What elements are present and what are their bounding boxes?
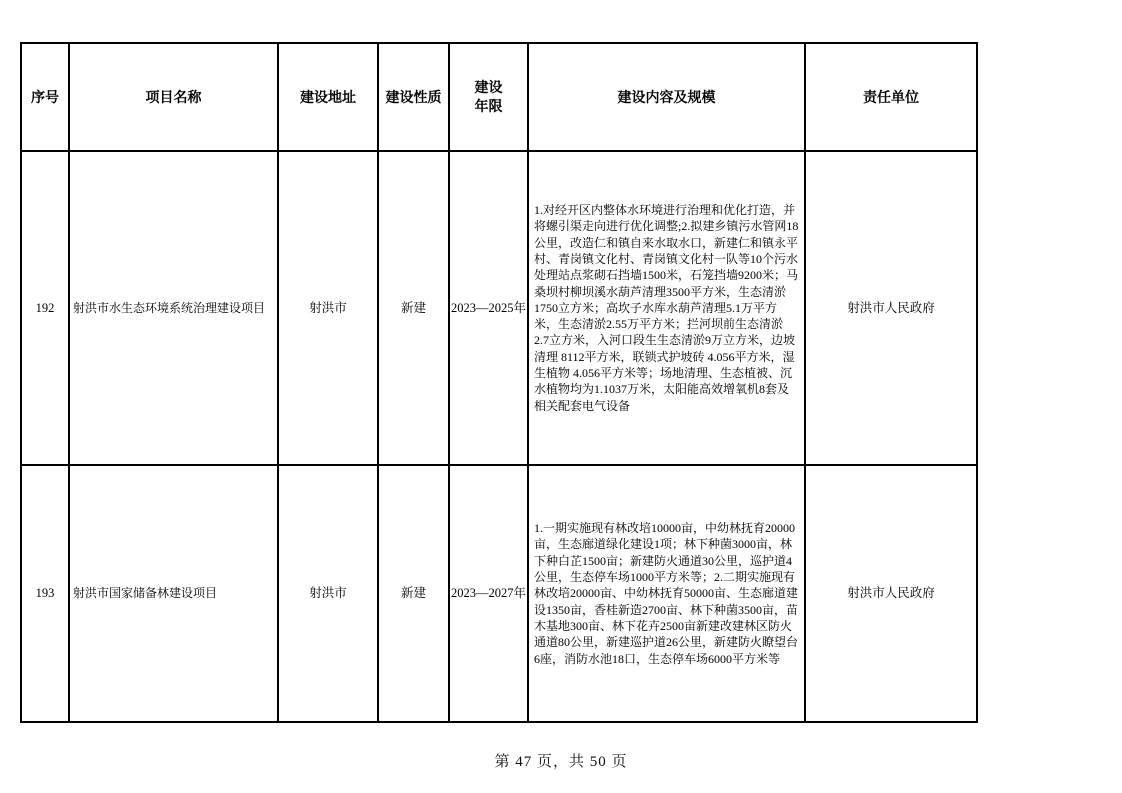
cell-project-name: 射洪市水生态环境系统治理建设项目 [69,151,278,465]
page-number-footer: 第 47 页，共 50 页 [0,750,1122,771]
col-header-serial-number: 序号 [21,43,69,151]
cell-construction-content: 1.一期实施现有林改培10000亩，中幼林抚育20000亩，生态廊道绿化建设1项… [528,465,805,722]
cell-construction-nature: 新建 [378,151,449,465]
col-header-project-name: 项目名称 [69,43,278,151]
col-header-construction-content: 建设内容及规模 [528,43,805,151]
col-header-construction-address: 建设地址 [278,43,378,151]
cell-construction-address: 射洪市 [278,465,378,722]
col-header-construction-nature: 建设性质 [378,43,449,151]
cell-construction-nature: 新建 [378,465,449,722]
cell-serial-number: 192 [21,151,69,465]
cell-project-name: 射洪市国家储备林建设项目 [69,465,278,722]
cell-construction-period: 2023—2025年 [449,151,528,465]
cell-construction-content: 1.对经开区内整体水环境进行治理和优化打造，并将螺引渠走向进行优化调整;2.拟建… [528,151,805,465]
col-header-responsible-unit: 责任单位 [805,43,977,151]
projects-table: 序号 项目名称 建设地址 建设性质 建设 年限 建设内容及规模 责任单位 192… [20,42,978,723]
cell-responsible-unit: 射洪市人民政府 [805,151,977,465]
cell-construction-address: 射洪市 [278,151,378,465]
cell-responsible-unit: 射洪市人民政府 [805,465,977,722]
table-header-row: 序号 项目名称 建设地址 建设性质 建设 年限 建设内容及规模 责任单位 [21,43,977,151]
document-page: 序号 项目名称 建设地址 建设性质 建设 年限 建设内容及规模 责任单位 192… [0,0,1122,793]
table-row: 192 射洪市水生态环境系统治理建设项目 射洪市 新建 2023—2025年 1… [21,151,977,465]
table-row: 193 射洪市国家储备林建设项目 射洪市 新建 2023—2027年 1.一期实… [21,465,977,722]
cell-construction-period: 2023—2027年 [449,465,528,722]
cell-serial-number: 193 [21,465,69,722]
col-header-construction-period: 建设 年限 [449,43,528,151]
